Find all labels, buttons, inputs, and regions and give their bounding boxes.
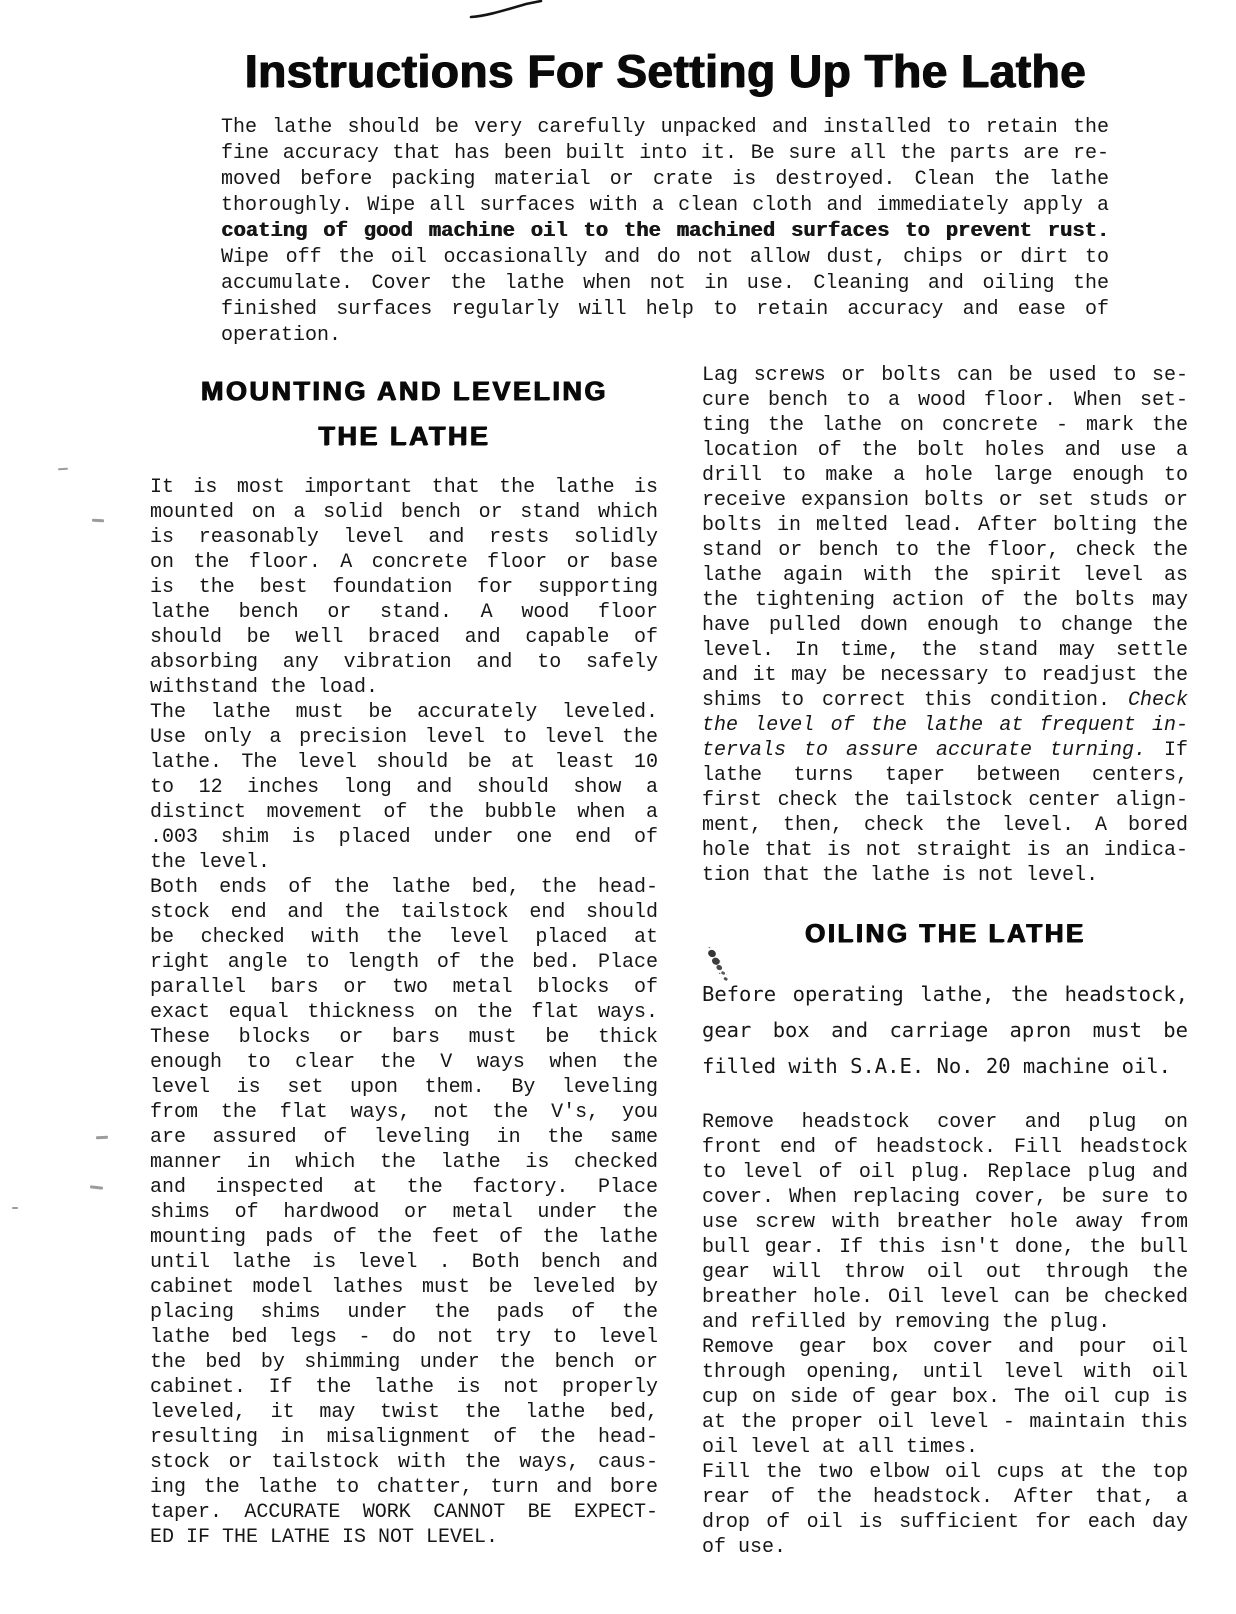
text-line: until lathe is level . Both bench and <box>150 1250 658 1275</box>
text-line: tervals to assure accurate turning. If <box>702 738 1188 763</box>
text-line: level. In time, the stand may settle <box>702 638 1188 663</box>
text-line: through opening, until level with oil <box>702 1360 1188 1385</box>
text-line: and it may be necessary to readjust the <box>702 663 1188 688</box>
page-title: Instructions For Setting Up The Lathe <box>220 46 1110 98</box>
text-line: Before operating lathe, the headstock, <box>702 976 1188 1012</box>
text-line: operation. <box>221 323 1109 349</box>
text-line: coating of good machine oil to the machi… <box>221 219 1109 245</box>
text-line: level is set upon them. By leveling <box>150 1075 658 1100</box>
text-line: first check the tailstock center align- <box>702 788 1188 813</box>
text-line: Remove gear box cover and pour oil <box>702 1335 1188 1360</box>
text-line: front end of headstock. Fill headstock <box>702 1135 1188 1160</box>
left-column: MOUNTING AND LEVELING THE LATHE It is mo… <box>150 363 658 1550</box>
scanned-manual-page: Instructions For Setting Up The Lathe Th… <box>0 0 1236 1614</box>
text-line: finished surfaces regularly will help to… <box>221 297 1109 323</box>
text-line: absorbing any vibration and to safely <box>150 650 658 675</box>
text-line: The lathe must be accurately leveled. <box>150 700 658 725</box>
intro-section: The lathe should be very carefully unpac… <box>221 115 1109 349</box>
text-line: be checked with the level placed at <box>150 925 658 950</box>
text-line: .003 shim is placed under one end of <box>150 825 658 850</box>
text-line: mounted on a solid bench or stand which <box>150 500 658 525</box>
text-line: drop of oil is sufficient for each day <box>702 1510 1188 1535</box>
text-line: lathe. The level should be at least 10 <box>150 750 658 775</box>
text-line: and refilled by removing the plug. <box>702 1310 1188 1335</box>
text-line: parallel bars or two metal blocks of <box>150 975 658 1000</box>
two-column-body: MOUNTING AND LEVELING THE LATHE It is mo… <box>150 363 1236 1560</box>
text-line: and inspected at the factory. Place <box>150 1175 658 1200</box>
text-line: leveled, it may twist the lathe bed, <box>150 1400 658 1425</box>
text-line: at the proper oil level - maintain this <box>702 1410 1188 1435</box>
section-heading-oiling: OILING THE LATHE <box>702 916 1188 950</box>
text-line: fine accuracy that has been built into i… <box>221 141 1109 167</box>
text-line: Fill the two elbow oil cups at the top <box>702 1460 1188 1485</box>
text-line: lathe bench or stand. A wood floor <box>150 600 658 625</box>
scan-speck <box>96 1136 108 1140</box>
text-line: of use. <box>702 1535 1188 1560</box>
text-line: shims of hardwood or metal under the <box>150 1200 658 1225</box>
text-line: resulting in misalignment of the head- <box>150 1425 658 1450</box>
paragraph-oiling-intro: Before operating lathe, the headstock,ge… <box>702 976 1188 1084</box>
text-line: cure bench to a wood floor. When set- <box>702 388 1188 413</box>
paragraph-gearbox-oiling: Remove gear box cover and pour oilthroug… <box>702 1335 1188 1460</box>
text-line: enough to clear the V ways when the <box>150 1050 658 1075</box>
text-line: to 12 inches long and should show a <box>150 775 658 800</box>
text-line: thoroughly. Wipe all surfaces with a cle… <box>221 193 1109 219</box>
scan-speck <box>90 1185 103 1190</box>
scan-speck <box>92 519 104 523</box>
text-line: location of the bolt holes and use a <box>702 438 1188 463</box>
text-line: shims to correct this condition. Check <box>702 688 1188 713</box>
text-line: Lag screws or bolts can be used to se- <box>702 363 1188 388</box>
text-line: ment, then, check the level. A bored <box>702 813 1188 838</box>
paragraph-securing-bench: Lag screws or bolts can be used to se-cu… <box>702 363 1188 888</box>
text-line: stock end and the tailstock end should <box>150 900 658 925</box>
paragraph-elbow-oil-cups: Fill the two elbow oil cups at the topre… <box>702 1460 1188 1560</box>
text-line: tion that the lathe is not level. <box>702 863 1188 888</box>
ink-smudge <box>707 948 717 958</box>
text-line: use screw with breather hole away from <box>702 1210 1188 1235</box>
scan-speck <box>58 468 68 471</box>
text-line: the bed by shimming under the bench or <box>150 1350 658 1375</box>
text-line: to level of oil plug. Replace plug and <box>702 1160 1188 1185</box>
paragraph-leveling-procedure: Both ends of the lathe bed, the head-sto… <box>150 875 658 1550</box>
text-line: filled with S.A.E. No. 20 machine oil. <box>702 1048 1188 1084</box>
text-line: the level of the lathe at frequent in- <box>702 713 1188 738</box>
heading-line: THE LATHE <box>150 414 658 459</box>
text-line: withstand the load. <box>150 675 658 700</box>
text-line: stock or tailstock with the ways, caus- <box>150 1450 658 1475</box>
text-line: are assured of leveling in the same <box>150 1125 658 1150</box>
text-line: Wipe off the oil occasionally and do not… <box>221 245 1109 271</box>
text-line: should be well braced and capable of <box>150 625 658 650</box>
text-line: the tightening action of the bolts may <box>702 588 1188 613</box>
text-line: mounting pads of the feet of the lathe <box>150 1225 658 1250</box>
text-line: manner in which the lathe is checked <box>150 1150 658 1175</box>
intro-paragraph: The lathe should be very carefully unpac… <box>221 115 1109 349</box>
text-line: hole that is not straight is an indica- <box>702 838 1188 863</box>
text-line: gear will throw oil out through the <box>702 1260 1188 1285</box>
text-line: cover. When replacing cover, be sure to <box>702 1185 1188 1210</box>
text-line: Use only a precision level to level the <box>150 725 658 750</box>
text-line: breather hole. Oil level can be checked <box>702 1285 1188 1310</box>
text-line: moved before packing material or crate i… <box>221 167 1109 193</box>
paragraph-headstock-oiling: Remove headstock cover and plug onfront … <box>702 1110 1188 1335</box>
text-line: bolts in melted lead. After bolting the <box>702 513 1188 538</box>
text-line: It is most important that the lathe is <box>150 475 658 500</box>
text-line: These blocks or bars must be thick <box>150 1025 658 1050</box>
paragraph-mounting-importance: It is most important that the lathe ismo… <box>150 475 658 700</box>
text-line: cabinet. If the lathe is not properly <box>150 1375 658 1400</box>
text-line: Both ends of the lathe bed, the head- <box>150 875 658 900</box>
text-line: exact equal thickness on the flat ways. <box>150 1000 658 1025</box>
text-line: stand or bench to the floor, check the <box>702 538 1188 563</box>
text-line: receive expansion bolts or set studs or <box>702 488 1188 513</box>
heading-line: MOUNTING AND LEVELING <box>150 369 658 414</box>
text-line: gear box and carriage apron must be <box>702 1012 1188 1048</box>
text-line: lathe again with the spirit level as <box>702 563 1188 588</box>
text-line: the level. <box>150 850 658 875</box>
text-line: is the best foundation for supporting <box>150 575 658 600</box>
scan-speck <box>12 1207 18 1209</box>
section-heading-mounting: MOUNTING AND LEVELING THE LATHE <box>150 369 658 459</box>
text-line: ED IF THE LATHE IS NOT LEVEL. <box>150 1525 658 1550</box>
text-line: lathe bed legs - do not try to level <box>150 1325 658 1350</box>
text-line: distinct movement of the bubble when a <box>150 800 658 825</box>
text-line: drill to make a hole large enough to <box>702 463 1188 488</box>
text-line: The lathe should be very carefully unpac… <box>221 115 1109 141</box>
text-line: from the flat ways, not the V's, you <box>150 1100 658 1125</box>
text-line: taper. ACCURATE WORK CANNOT BE EXPECT- <box>150 1500 658 1525</box>
right-column: Lag screws or bolts can be used to se-cu… <box>702 363 1188 1560</box>
paragraph-precision-level: The lathe must be accurately leveled.Use… <box>150 700 658 875</box>
text-line: cup on side of gear box. The oil cup is <box>702 1385 1188 1410</box>
text-line: rear of the headstock. After that, a <box>702 1485 1188 1510</box>
pen-mark <box>468 0 546 20</box>
text-line: Remove headstock cover and plug on <box>702 1110 1188 1135</box>
text-line: on the floor. A concrete floor or base <box>150 550 658 575</box>
text-line: have pulled down enough to change the <box>702 613 1188 638</box>
text-line: bull gear. If this isn't done, the bull <box>702 1235 1188 1260</box>
text-line: right angle to length of the bed. Place <box>150 950 658 975</box>
text-line: cabinet model lathes must be leveled by <box>150 1275 658 1300</box>
text-line: ing the lathe to chatter, turn and bore <box>150 1475 658 1500</box>
text-line: oil level at all times. <box>702 1435 1188 1460</box>
text-line: lathe turns taper between centers, <box>702 763 1188 788</box>
text-line: placing shims under the pads of the <box>150 1300 658 1325</box>
text-line: ting the lathe on concrete - mark the <box>702 413 1188 438</box>
text-line: is reasonably level and rests solidly <box>150 525 658 550</box>
text-line: accumulate. Cover the lathe when not in … <box>221 271 1109 297</box>
